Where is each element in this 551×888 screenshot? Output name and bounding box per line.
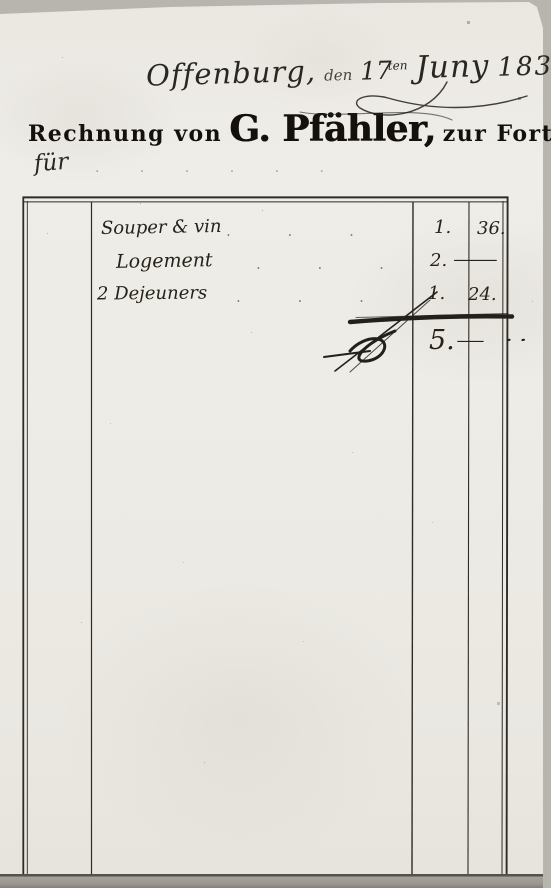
line-item-description: Logement xyxy=(116,249,213,273)
line-item-gulden: 2. xyxy=(430,250,447,271)
dateline-day: 17ten xyxy=(360,55,408,85)
for-label: für xyxy=(33,149,69,177)
dateline-city: Offenburg, xyxy=(146,54,317,93)
total-gulden: 5. xyxy=(429,325,455,356)
for-dotted-leader: . . . . . . . . . . . . . xyxy=(95,160,355,176)
title-suffix: zur Fortuna. xyxy=(443,121,551,147)
title-issuer-name: G. Pfähler, xyxy=(229,108,436,150)
line-item-gulden: 1. xyxy=(434,217,451,238)
dateline-day-suffix: ten xyxy=(388,58,408,73)
total-kreuzer: — ·· xyxy=(456,331,533,351)
dateline-month: Juny xyxy=(415,48,490,86)
scan-bottom-edge xyxy=(0,874,543,888)
paper-speckles xyxy=(0,0,1,1)
line-item-kreuzer: 36. xyxy=(477,218,506,239)
dot-leader: . . . . . xyxy=(256,255,406,273)
dot-leader: . . . . . . . xyxy=(226,222,406,240)
line-item-description: 2 Dejeuners xyxy=(97,283,207,305)
dateline-year: 1835. xyxy=(497,50,551,82)
line-item-kreuzer: 24. xyxy=(468,284,497,305)
dateline-den: den xyxy=(324,66,353,85)
line-item-kreuzer: — xyxy=(452,249,499,270)
scanned-invoice-document: Offenburg, den 17ten Juny 1835. Rechnung… xyxy=(0,0,551,888)
dot-leader: . . . . . . xyxy=(236,288,406,306)
line-item-description: Souper & vin xyxy=(101,216,222,239)
title-prefix: Rechnung von xyxy=(28,121,222,147)
line-item-gulden: 1. xyxy=(428,283,445,304)
invoice-title: Rechnung von G. Pfähler, zur Fortuna. xyxy=(28,108,540,150)
